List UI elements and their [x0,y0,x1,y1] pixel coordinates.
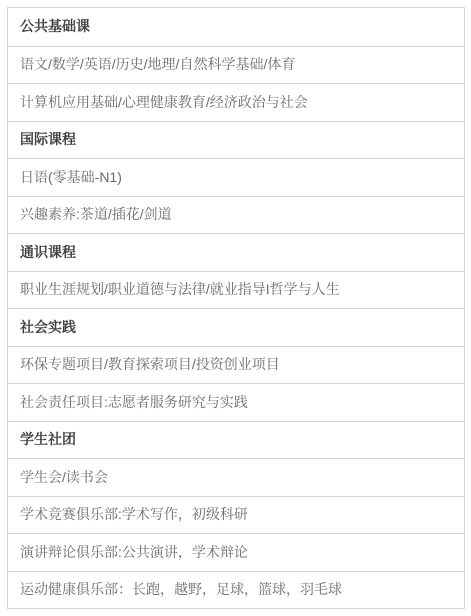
course-row-label: 计算机应用基础/心理健康教育/经济政治与社会 [20,94,308,111]
course-row: 演讲辩论俱乐部:公共演讲，学术辩论 [8,533,464,571]
section-header-row: 通识课程 [8,233,464,271]
section-header-row: 社会实践 [8,308,464,346]
course-row-label: 兴趣素养:茶道/插花/剑道 [20,206,172,223]
course-row: 环保专题项目/教育探索项目/投资创业项目 [8,346,464,384]
section-header-label: 通识课程 [20,244,76,261]
course-row: 学术竞赛俱乐部:学术写作，初级科研 [8,496,464,534]
course-row: 学生会/读书会 [8,458,464,496]
section-header-label: 公共基础课 [20,18,90,35]
course-row-label: 语文/数学/英语/历史/地理/自然科学基础/体育 [20,56,295,73]
section-header-row: 国际课程 [8,121,464,159]
section-header-row: 学生社团 [8,421,464,459]
section-header-label: 国际课程 [20,131,76,148]
section-header-row: 公共基础课 [8,8,464,46]
course-row: 日语(零基础-N1) [8,158,464,196]
course-row-label: 环保专题项目/教育探索项目/投资创业项目 [20,356,280,373]
course-row-label: 职业生涯规划/职业道德与法律/就业指导I哲学与人生 [20,281,340,298]
course-row-label: 运动健康俱乐部：长跑，越野，足球，篮球，羽毛球 [20,581,342,598]
course-row-label: 日语(零基础-N1) [20,169,122,186]
course-row: 语文/数学/英语/历史/地理/自然科学基础/体育 [8,46,464,84]
section-header-label: 学生社团 [20,431,76,448]
course-row-label: 学生会/读书会 [20,469,108,486]
course-row: 运动健康俱乐部：长跑，越野，足球，篮球，羽毛球 [8,571,464,609]
course-row: 职业生涯规划/职业道德与法律/就业指导I哲学与人生 [8,271,464,309]
course-row: 兴趣素养:茶道/插花/剑道 [8,196,464,234]
course-row: 社会责任项目:志愿者服务研究与实践 [8,383,464,421]
course-row-label: 社会责任项目:志愿者服务研究与实践 [20,394,248,411]
course-row-label: 学术竞赛俱乐部:学术写作，初级科研 [20,506,248,523]
section-header-label: 社会实践 [20,319,76,336]
course-table: 公共基础课语文/数学/英语/历史/地理/自然科学基础/体育计算机应用基础/心理健… [7,7,465,609]
course-row-label: 演讲辩论俱乐部:公共演讲，学术辩论 [20,544,248,561]
page: 公共基础课语文/数学/英语/历史/地理/自然科学基础/体育计算机应用基础/心理健… [0,0,471,616]
course-row: 计算机应用基础/心理健康教育/经济政治与社会 [8,83,464,121]
